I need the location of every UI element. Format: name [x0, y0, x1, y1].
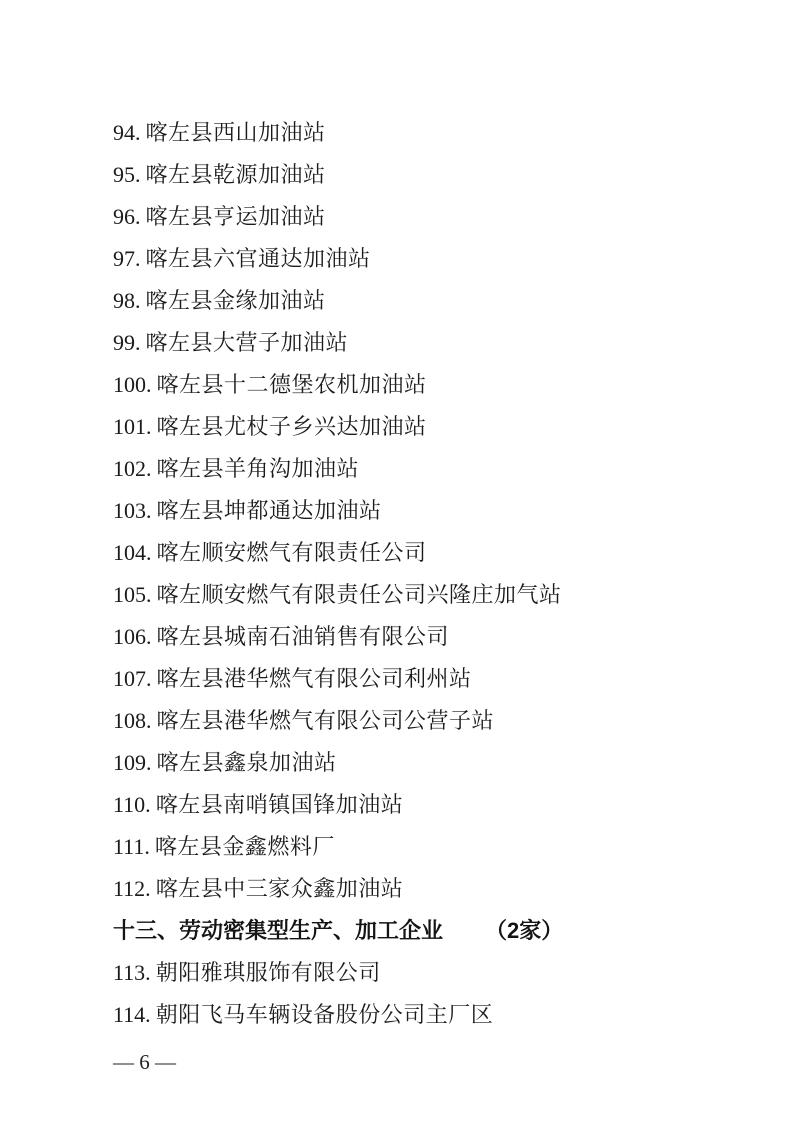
list-item: 94.喀左县西山加油站 [113, 112, 760, 154]
list-item: 109.喀左县鑫泉加油站 [113, 742, 760, 784]
item-name: 朝阳飞马车辆设备股份公司主厂区 [156, 1002, 494, 1027]
item-name: 喀左县金鑫燃料厂 [155, 834, 335, 859]
item-number: 95. [113, 162, 141, 187]
list-item: 111.喀左县金鑫燃料厂 [113, 826, 760, 868]
item-number: 98. [113, 288, 141, 313]
item-name: 喀左顺安燃气有限责任公司兴隆庄加气站 [157, 582, 562, 607]
section-title: 十三、劳动密集型生产、加工企业 [113, 918, 443, 943]
item-number: 108. [113, 708, 152, 733]
item-number: 106. [113, 624, 152, 649]
list-item: 112.喀左县中三家众鑫加油站 [113, 868, 760, 910]
item-number: 103. [113, 498, 152, 523]
item-number: 104. [113, 540, 152, 565]
item-name: 喀左县港华燃气有限公司公营子站 [157, 708, 495, 733]
item-number: 109. [113, 750, 152, 775]
item-name: 喀左县港华燃气有限公司利州站 [157, 666, 472, 691]
page-number: — 6 — [113, 1050, 760, 1074]
item-number: 107. [113, 666, 152, 691]
list-item: 110.喀左县南哨镇国锋加油站 [113, 784, 760, 826]
item-number: 111. [113, 834, 150, 859]
item-number: 94. [113, 120, 141, 145]
list-item: 100.喀左县十二德堡农机加油站 [113, 364, 760, 406]
item-name: 喀左顺安燃气有限责任公司 [157, 540, 427, 565]
section-count: （2家） [485, 918, 563, 943]
section-heading: 十三、劳动密集型生产、加工企业（2家） [113, 910, 760, 952]
item-name: 喀左县金缘加油站 [146, 288, 326, 313]
list-item: 108.喀左县港华燃气有限公司公营子站 [113, 700, 760, 742]
list-item: 105.喀左顺安燃气有限责任公司兴隆庄加气站 [113, 574, 760, 616]
item-name: 喀左县城南石油销售有限公司 [157, 624, 450, 649]
item-name: 朝阳雅琪服饰有限公司 [156, 960, 381, 985]
item-number: 99. [113, 330, 141, 355]
list-item: 113.朝阳雅琪服饰有限公司 [113, 952, 760, 994]
item-name: 喀左县鑫泉加油站 [157, 750, 337, 775]
item-number: 102. [113, 456, 152, 481]
item-name: 喀左县亨运加油站 [146, 204, 326, 229]
list-item: 107.喀左县港华燃气有限公司利州站 [113, 658, 760, 700]
item-name: 喀左县坤都通达加油站 [157, 498, 382, 523]
list-item: 98.喀左县金缘加油站 [113, 280, 760, 322]
list-item: 106.喀左县城南石油销售有限公司 [113, 616, 760, 658]
item-number: 100. [113, 372, 152, 397]
list-item: 95.喀左县乾源加油站 [113, 154, 760, 196]
item-number: 112. [113, 876, 151, 901]
item-name: 喀左县乾源加油站 [146, 162, 326, 187]
item-name: 喀左县中三家众鑫加油站 [156, 876, 404, 901]
list-item: 103.喀左县坤都通达加油站 [113, 490, 760, 532]
item-name: 喀左县尤杖子乡兴达加油站 [157, 414, 427, 439]
item-name: 喀左县六官通达加油站 [146, 246, 371, 271]
item-number: 96. [113, 204, 141, 229]
item-name: 喀左县南哨镇国锋加油站 [156, 792, 404, 817]
item-number: 114. [113, 1002, 151, 1027]
list-item: 104.喀左顺安燃气有限责任公司 [113, 532, 760, 574]
item-number: 97. [113, 246, 141, 271]
document-page: 94.喀左县西山加油站 95.喀左县乾源加油站 96.喀左县亨运加油站 97.喀… [0, 0, 800, 1130]
list-item: 99.喀左县大营子加油站 [113, 322, 760, 364]
item-name: 喀左县西山加油站 [146, 120, 326, 145]
list-item: 114.朝阳飞马车辆设备股份公司主厂区 [113, 994, 760, 1036]
list-item: 101.喀左县尤杖子乡兴达加油站 [113, 406, 760, 448]
item-number: 113. [113, 960, 151, 985]
item-number: 105. [113, 582, 152, 607]
enterprise-list: 94.喀左县西山加油站 95.喀左县乾源加油站 96.喀左县亨运加油站 97.喀… [0, 0, 800, 1074]
item-number: 110. [113, 792, 151, 817]
item-name: 喀左县十二德堡农机加油站 [157, 372, 427, 397]
item-number: 101. [113, 414, 152, 439]
list-item: 96.喀左县亨运加油站 [113, 196, 760, 238]
item-name: 喀左县羊角沟加油站 [157, 456, 360, 481]
list-item: 97.喀左县六官通达加油站 [113, 238, 760, 280]
list-item: 102.喀左县羊角沟加油站 [113, 448, 760, 490]
item-name: 喀左县大营子加油站 [146, 330, 349, 355]
